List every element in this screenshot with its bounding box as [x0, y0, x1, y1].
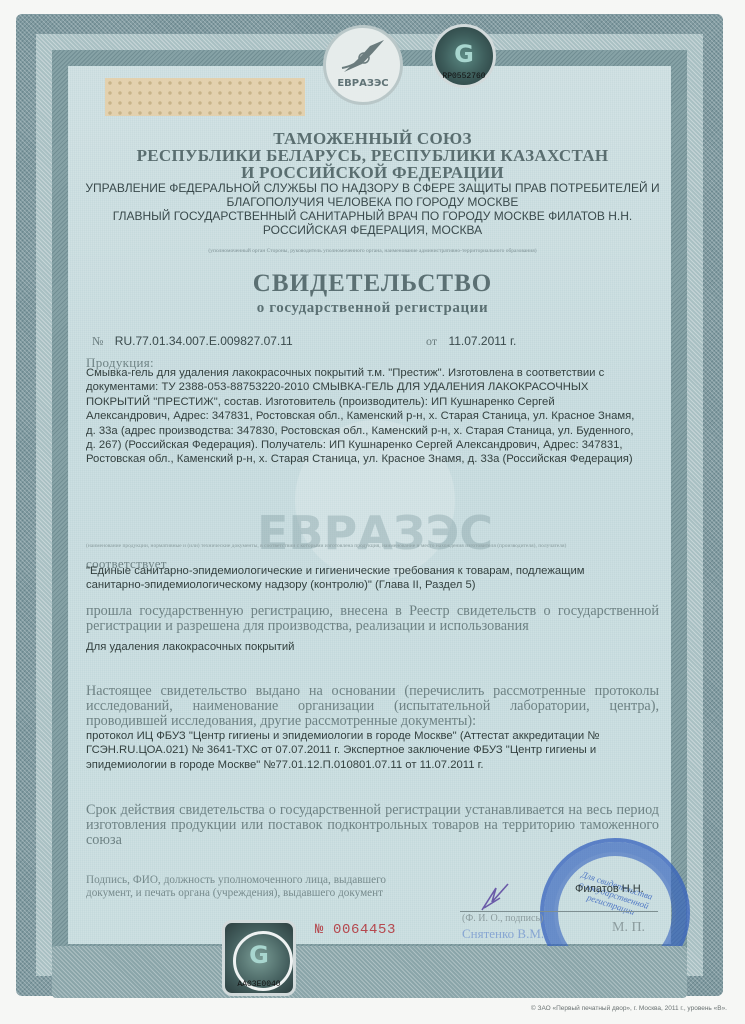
number-value: RU.77.01.34.007.Е.009827.07.11 — [115, 334, 293, 348]
product-text: Смывка-гель для удаления лакокрасочных п… — [86, 366, 641, 467]
number-label: № — [92, 334, 103, 348]
logo-text: ЕВРАЗЭС — [326, 78, 400, 89]
hologram-g-icon: G — [454, 40, 474, 68]
watermark-text: ЕВРАЗЭС — [255, 506, 495, 560]
usage-text: Для удаления лакокрасочных покрытий — [86, 640, 294, 654]
authority-caption: (уполномоченный орган Стороны, руководит… — [80, 248, 665, 254]
hologram-number: RP0552760 — [435, 72, 493, 81]
document-subtitle: о государственной регистрации — [80, 300, 665, 317]
authority-line-3: ГЛАВНЫЙ ГОСУДАРСТВЕННЫЙ САНИТАРНЫЙ ВРАЧ … — [80, 209, 665, 223]
certificate-number: № RU.77.01.34.007.Е.009827.07.11 — [92, 334, 293, 349]
hologram-number: AA03E0040 — [225, 980, 293, 989]
validity-text: Срок действия свидетельства о государств… — [86, 803, 659, 848]
bottom-guilloche-band — [52, 946, 687, 998]
basis-value: протокол ИЦ ФБУЗ "Центр гигиены и эпидем… — [86, 729, 646, 772]
signer-name: Филатов Н.Н. — [575, 883, 644, 895]
stamp-place-label: М. П. — [612, 920, 645, 936]
document-title: СВИДЕТЕЛЬСТВО — [80, 270, 665, 298]
emblem-icon — [340, 38, 388, 76]
conforms-text: "Единые санитарно-эпидемиологические и г… — [86, 564, 626, 593]
facsimile-stamp: Снятенко В.М. — [462, 926, 544, 942]
registered-text: прошла государственную регистрацию, внес… — [86, 604, 659, 634]
hologram-g-icon: G — [249, 941, 269, 969]
header-line-3: И РОССИЙСКОЙ ФЕДЕРАЦИИ — [80, 164, 665, 181]
authority-line-1: УПРАВЛЕНИЕ ФЕДЕРАЛЬНОЙ СЛУЖБЫ ПО НАДЗОРУ… — [80, 181, 665, 195]
stamp-center-text: Для свидетельства о государственной реги… — [571, 868, 656, 921]
evrazes-logo: ЕВРАЗЭС — [323, 25, 403, 105]
signature-line — [460, 911, 658, 912]
document-header: ТАМОЖЕННЫЙ СОЮЗ РЕСПУБЛИКИ БЕЛАРУСЬ, РЕС… — [80, 130, 665, 237]
product-caption: (наименование продукции, нормативные и (… — [86, 543, 661, 549]
basis-text: Настоящее свидетельство выдано на основа… — [86, 684, 659, 729]
sign-block-caption: Подпись, ФИО, должность уполномоченного … — [86, 874, 386, 899]
authority-line-4: РОССИЙСКАЯ ФЕДЕРАЦИЯ, МОСКВА — [80, 223, 665, 237]
header-line-2: РЕСПУБЛИКИ БЕЛАРУСЬ, РЕСПУБЛИКИ КАЗАХСТА… — [80, 147, 665, 164]
certificate-date: от 11.07.2011 г. — [426, 334, 516, 349]
fio-caption: (Ф. И. О., подпись) — [462, 913, 543, 924]
date-value: 11.07.2011 г. — [448, 334, 516, 348]
date-label: от — [426, 334, 437, 348]
security-gold-strip — [105, 78, 305, 116]
serial-number: № 0064453 — [315, 922, 396, 938]
authority-line-2: БЛАГОПОЛУЧИЯ ЧЕЛОВЕКА ПО ГОРОДУ МОСКВЕ — [80, 195, 665, 209]
header-line-1: ТАМОЖЕННЫЙ СОЮЗ — [80, 130, 665, 147]
printer-imprint: © ЗАО «Первый печатный двор», г. Москва,… — [531, 1005, 727, 1012]
signature-icon — [478, 880, 518, 914]
hologram-bottom: G AA03E0040 — [222, 920, 296, 996]
hologram-top: G RP0552760 — [432, 24, 496, 88]
